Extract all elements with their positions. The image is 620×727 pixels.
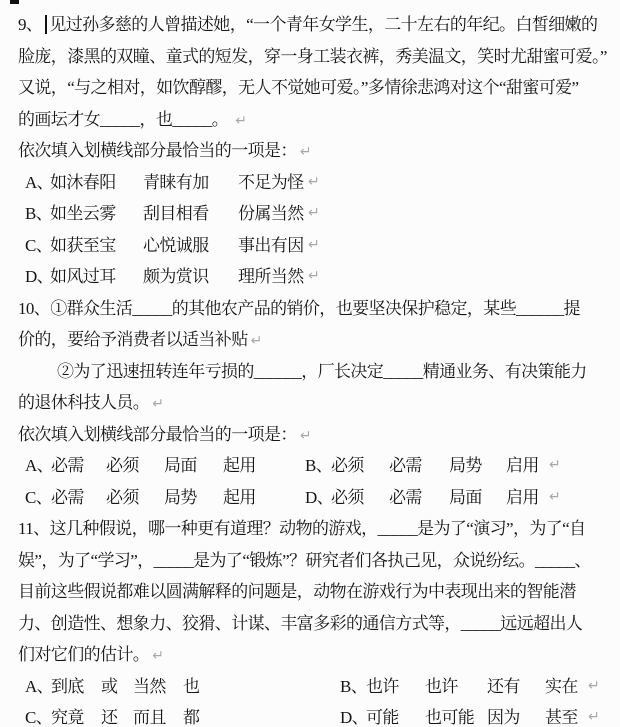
option-label: C、 — [25, 230, 50, 262]
option-label: C、 — [25, 482, 51, 514]
option-text: 刮目相看 — [143, 198, 238, 230]
option-text: 局势 — [449, 450, 506, 482]
option-label: A、 — [25, 671, 51, 703]
option-label: D、 — [340, 702, 366, 727]
option-text: 必需 — [389, 482, 449, 514]
option-text: 起用 — [223, 450, 305, 482]
option-label: B、 — [305, 450, 331, 482]
q10-prompt-text: 依次填入划横线部分最恰当的一项是： — [18, 425, 297, 444]
q9-number: 9、 — [18, 15, 42, 34]
option-text: 当然 — [133, 671, 183, 703]
paragraph-mark-icon: ↵ — [300, 428, 312, 444]
q11-option-row-ab: A、 到底 或 当然 也 B、 也许 也许 还有 实在 ↵ — [25, 671, 620, 703]
option-text: 事出有因 — [238, 230, 305, 262]
option-text: 可能 — [366, 702, 425, 727]
paragraph-mark-icon: ↵ — [588, 671, 600, 703]
option-label: A、 — [25, 167, 50, 199]
q9-option-row-c[interactable]: C、 如获至宝 心悦诚服 事出有因 ↵ — [25, 230, 620, 262]
paragraph-mark-icon: ↵ — [152, 648, 164, 664]
q11-option-b[interactable]: B、 也许 也许 还有 实在 ↵ — [340, 671, 600, 703]
q11-stem-line-3: 目前这些假说都难以圆满解释的问题是，动物在游戏行为中表现出来的智能潜 — [18, 576, 620, 608]
option-text: 份属当然 — [238, 198, 305, 230]
q9-option-row-d[interactable]: D、 如风过耳 颇为赏识 理所当然 ↵ — [25, 261, 620, 293]
q10-stem-text-4: 的退休科技人员。 — [18, 393, 149, 412]
option-text: 也 — [183, 671, 340, 703]
text-caret — [45, 15, 47, 34]
q9-stem-line-1: 9、见过孙多慈的人曾描述她，“一个青年女学生，二十左右的年纪。白皙细嫩的 — [18, 9, 620, 41]
paragraph-mark-icon: ↵ — [308, 167, 620, 199]
option-text: 局势 — [164, 482, 223, 514]
q11-option-row-cd: C、 究竟 还 而且 都 D、 可能 也可能 因为 甚至 ↵ — [25, 702, 620, 727]
q9-prompt-text: 依次填入划横线部分最恰当的一项是： — [18, 141, 297, 160]
q11-option-a[interactable]: A、 到底 或 当然 也 — [25, 671, 340, 703]
q11-option-d[interactable]: D、 可能 也可能 因为 甚至 ↵ — [340, 702, 600, 727]
option-text: 理所当然 — [238, 261, 305, 293]
paragraph-mark-icon: ↵ — [308, 230, 620, 262]
option-text: 还 — [101, 702, 133, 727]
option-text: 必需 — [389, 450, 449, 482]
q10-option-row-ab: A、 必需 必须 局面 起用 B、 必须 必需 局势 启用 ↵ — [25, 450, 620, 482]
document-page[interactable]: 9、见过孙多慈的人曾描述她，“一个青年女学生，二十左右的年纪。白皙细嫩的 脸庞，… — [0, 0, 620, 727]
option-text: 也许 — [425, 671, 487, 703]
option-text: 如风过耳 — [50, 261, 143, 293]
option-label: B、 — [340, 671, 366, 703]
paragraph-mark-icon: ↵ — [235, 113, 247, 129]
option-text: 起用 — [223, 482, 305, 514]
q9-stem-text-1: 见过孙多慈的人曾描述她，“一个青年女学生，二十左右的年纪。白皙细嫩的 — [49, 15, 597, 34]
q10-option-a[interactable]: A、 必需 必须 局面 起用 — [25, 450, 305, 482]
q10-stem-text-2: 价的，要给予消费者以适当补贴 — [18, 330, 248, 349]
option-text: 必需 — [51, 450, 106, 482]
option-text: 还有 — [487, 671, 545, 703]
option-text: 如沐春阳 — [50, 167, 143, 199]
option-text: 启用 — [506, 450, 546, 482]
option-text: 如坐云雾 — [50, 198, 143, 230]
option-text: 都 — [183, 702, 340, 727]
option-text: 必须 — [106, 450, 164, 482]
paragraph-mark-icon: ↵ — [549, 482, 561, 514]
option-text: 必须 — [106, 482, 164, 514]
q11-option-c[interactable]: C、 究竟 还 而且 都 — [25, 702, 340, 727]
q9-stem-line-2: 脸庞，漆黑的双瞳、童式的短发，穿一身工装衣裤，秀美温文，笑时尤甜蜜可爱。” — [18, 41, 620, 73]
q10-prompt: 依次填入划横线部分最恰当的一项是：↵ — [18, 419, 620, 451]
q10-stem-line-4: 的退休科技人员。↵ — [18, 387, 620, 419]
paragraph-mark-icon: ↵ — [549, 450, 561, 482]
option-label: B、 — [25, 198, 50, 230]
q10-stem-line-2: 价的，要给予消费者以适当补贴↵ — [18, 324, 620, 356]
paragraph-mark-icon: ↵ — [308, 198, 620, 230]
option-text: 必须 — [331, 482, 389, 514]
option-text: 必须 — [331, 450, 389, 482]
paragraph-mark-icon: ↵ — [308, 261, 620, 293]
q11-stem-line-4: 力、创造性、想象力、狡猾、计谋、丰富多彩的通信方式等，_____远远超出人 — [18, 608, 620, 640]
option-text: 局面 — [164, 450, 223, 482]
option-text: 或 — [101, 671, 133, 703]
paragraph-mark-icon: ↵ — [251, 333, 263, 349]
q10-option-c[interactable]: C、 必需 必须 局势 起用 — [25, 482, 305, 514]
option-text: 局面 — [449, 482, 506, 514]
option-text: 甚至 — [545, 702, 585, 727]
q9-stem-text-4: 的画坛才女_____，也_____。 — [18, 110, 228, 129]
paragraph-mark-icon: ↵ — [588, 702, 600, 727]
option-text: 实在 — [545, 671, 585, 703]
q9-option-row-b[interactable]: B、 如坐云雾 刮目相看 份属当然 ↵ — [25, 198, 620, 230]
q11-stem-text-5: 们对它们的估计。 — [18, 645, 149, 664]
option-text: 青睐有加 — [143, 167, 238, 199]
q9-stem-line-3: 又说，“与之相对，如饮醇醪，无人不觉她可爱。”多情徐悲鸿对这个“甜蜜可爱” — [18, 72, 620, 104]
q9-stem-line-4: 的画坛才女_____，也_____。↵ — [18, 104, 620, 136]
q10-option-d[interactable]: D、 必须 必需 局面 启用 ↵ — [305, 482, 561, 514]
option-text: 也可能 — [425, 702, 487, 727]
option-text: 究竟 — [51, 702, 101, 727]
option-label: C、 — [25, 702, 51, 727]
q9-option-row-a[interactable]: A、 如沐春阳 青睐有加 不足为怪 ↵ — [25, 167, 620, 199]
option-text: 必需 — [51, 482, 106, 514]
q11-stem-line-5: 们对它们的估计。↵ — [18, 639, 620, 671]
paragraph-mark-icon: ↵ — [300, 144, 312, 160]
q10-option-row-cd: C、 必需 必须 局势 起用 D、 必须 必需 局面 启用 ↵ — [25, 482, 620, 514]
option-text: 而且 — [133, 702, 183, 727]
q10-stem-line-3: ②为了迅速扭转连年亏损的______，厂长决定_____精通业务、有决策能力 — [18, 356, 620, 388]
option-text: 颇为赏识 — [143, 261, 238, 293]
option-label: D、 — [25, 261, 50, 293]
option-label: A、 — [25, 450, 51, 482]
option-label: D、 — [305, 482, 331, 514]
option-text: 不足为怪 — [238, 167, 305, 199]
option-text: 到底 — [51, 671, 101, 703]
q11-stem-line-2: 娱”，为了“学习”，_____是为了“锻炼”？研究者们各执己见，众说纷纭。___… — [18, 545, 620, 577]
q10-option-b[interactable]: B、 必须 必需 局势 启用 ↵ — [305, 450, 561, 482]
option-text: 也许 — [366, 671, 425, 703]
option-text: 如获至宝 — [50, 230, 143, 262]
q9-prompt: 依次填入划横线部分最恰当的一项是：↵ — [18, 135, 620, 167]
option-text: 心悦诚服 — [143, 230, 238, 262]
option-text: 启用 — [506, 482, 546, 514]
option-text: 因为 — [487, 702, 545, 727]
q11-stem-line-1: 11、这几种假说，哪一种更有道理？动物的游戏，_____是为了“演习”，为了“自 — [18, 513, 620, 545]
q10-stem-line-1: 10、①群众生活_____的其他农产品的销价，也要坚决保护稳定，某些______… — [18, 293, 620, 325]
paragraph-mark-icon: ↵ — [152, 396, 164, 412]
page-edge-artifact — [10, 0, 19, 4]
